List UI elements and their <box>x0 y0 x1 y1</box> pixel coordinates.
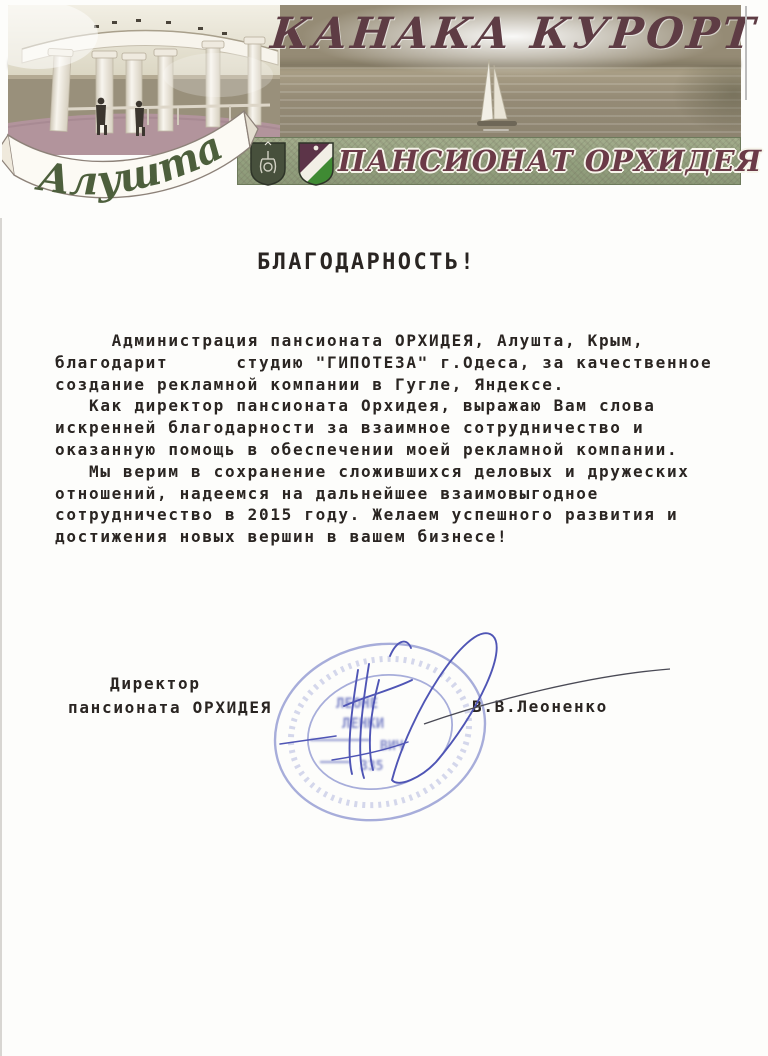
scan-artifact-line <box>745 6 747 100</box>
city-ribbon-label: Алушта <box>32 122 230 204</box>
body-line: достижения новых вершин в вашем бизнесе! <box>55 526 715 548</box>
body-line: создание рекламной компании в Гугле, Янд… <box>55 374 715 396</box>
document-title: БЛАГОДАРНОСТЬ! <box>257 250 476 275</box>
body-line: оказанную помощь в обеспечении моей рекл… <box>55 439 715 461</box>
scanned-letter-page: КАНАКА КУРОРТ <box>0 0 768 1056</box>
body-line: Администрация пансионата ОРХИДЕЯ, Алушта… <box>55 330 715 352</box>
letter-body: Администрация пансионата ОРХИДЕЯ, Алушта… <box>55 330 715 548</box>
body-line: Как директор пансионата Орхидея, выражаю… <box>55 395 715 417</box>
emblems-row <box>248 141 336 187</box>
pension-banner-label: ПАНСИОНАТ ОРХИДЕЯ <box>358 138 742 184</box>
sailboat-icon <box>463 55 533 137</box>
stamp-text: ЛЕНКИ <box>342 716 384 732</box>
body-line: сотрудничество в 2015 году. Желаем успеш… <box>55 504 715 526</box>
signer-role-line1: Директор <box>110 674 201 693</box>
body-line: благодарит студию "ГИПОТЕЗА" г.Одеса, за… <box>55 352 715 374</box>
city-ribbon: Алушта <box>2 95 260 235</box>
pension-banner: ПАНСИОНАТ ОРХИДЕЯ <box>237 137 741 185</box>
signature-flourish-line <box>424 669 670 724</box>
stamp-and-signature: ЛЕОНЕ ЛЕНКИ ВИЧ 335 <box>240 612 680 830</box>
body-line: Мы верим в сохранение сложившихся деловы… <box>55 461 715 483</box>
body-line: искренней благодарности за взаимное сотр… <box>55 417 715 439</box>
resort-title: КАНАКА КУРОРТ <box>285 2 744 66</box>
crimea-emblem-icon <box>296 141 336 187</box>
stamp-text: ВИЧ <box>380 739 404 754</box>
scan-artifact-edge <box>0 218 2 1056</box>
coast-cliff <box>671 65 741 135</box>
body-line: отношений, надеемся на дальнейшее взаимо… <box>55 483 715 505</box>
